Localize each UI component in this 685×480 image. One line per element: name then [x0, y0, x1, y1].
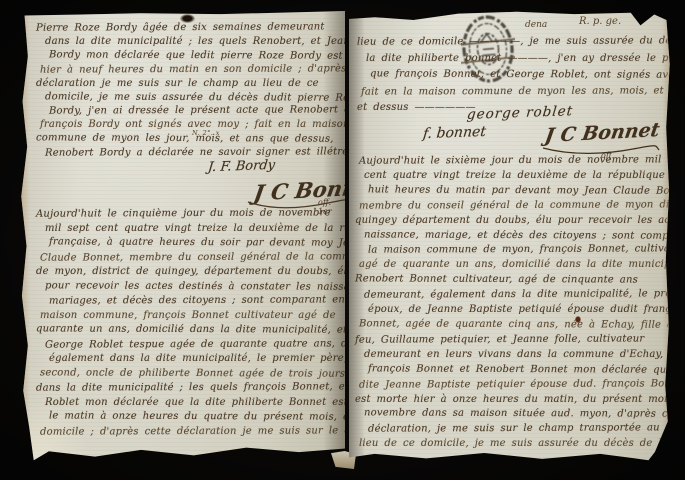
manuscript-line: lieu de ce domicile —————, je me suis as…: [355, 33, 671, 51]
manuscript-line: Bordy mon déclarée que ledit pierre Roze…: [34, 48, 344, 63]
manuscript-line: fait en la maison commune de myon les an…: [355, 83, 671, 101]
manuscript-line: lieu de ce domicile, je me suis assurée …: [353, 437, 671, 452]
signature-george-roblet: george roblet: [466, 103, 574, 123]
manuscript-line: Bordy, j'en ai dressée le présent acte q…: [34, 104, 344, 119]
manuscript-line: mil sept cent quatre vingt treize la deu…: [34, 222, 344, 237]
manuscript-line: également dans la dite municipalité, le …: [34, 352, 344, 367]
manuscript-line: Aujourd'huit le sixième jour du mois de …: [353, 153, 671, 169]
manuscript-line: Roblet mon déclarée que la dite philiber…: [34, 396, 344, 411]
manuscript-line: déclaration je me suis sur le champ au l…: [34, 77, 344, 91]
margin-annotation: dena: [525, 20, 547, 30]
manuscript-line: huit heures du matin par devant moy Jean…: [353, 183, 671, 199]
manuscript-line: demeurant, également dans la dite munici…: [353, 287, 671, 303]
manuscript-line: dans la dite municipalité ; les quels Re…: [34, 35, 344, 49]
interline-note: N. 2°. x: [192, 129, 220, 137]
manuscript-line: française, à quatre heures du soir par d…: [34, 235, 344, 251]
manuscript-line: la dite philiberte bonnet ————, j'en ay …: [355, 51, 671, 68]
right-page: dena R. p. ge. lieu de ce domicile —————…: [349, 10, 671, 462]
manuscript-line: mariages, et décès des citoyens ; sont c…: [34, 293, 344, 309]
right-paragraph-2: Aujourd'huit le sixième jour du mois de …: [353, 154, 671, 452]
manuscript-line: la maison commune de myon, françois Bonn…: [353, 243, 671, 259]
manuscript-line: hier à neuf heures du matin en son domic…: [34, 62, 344, 77]
manuscript-line: membre du conseil général de la commune …: [353, 198, 671, 214]
left-page: Pierre Roze Bordy âgée de six semaines d…: [16, 11, 345, 463]
manuscript-line: Bonnet, agée de quarante cinq ans, née à…: [353, 317, 671, 333]
manuscript-line: Aujourd'huit le cinquième jour du mois d…: [34, 206, 344, 222]
left-paragraph-1: Pierre Roze Bordy âgée de six semaines d…: [34, 21, 344, 160]
signature-f-bonnet: f. bonnet: [422, 124, 487, 142]
manuscript-line: déclaration, je me suis sur le champ tra…: [353, 422, 671, 438]
manuscript-line: Renobert Bordy a déclarée ne savoir sign…: [34, 145, 344, 160]
manuscript-line: le matin à onze heures du quatre du prés…: [34, 409, 344, 425]
manuscript-line: cent quatre vingt treize la deuxième de …: [353, 169, 671, 184]
manuscript-line: que françois Bonnet, et George Roblet, o…: [355, 66, 671, 84]
manuscript-line: second, oncle de philiberte Bonnet agée …: [34, 366, 344, 382]
manuscript-line: dite Jeanne Baptiste petiquier épouse du…: [353, 377, 671, 393]
manuscript-line: George Roblet tespue agée de quarante qu…: [34, 337, 344, 353]
manuscript-line: Renobert Bonnet cultivateur, agé de cinq…: [353, 273, 671, 289]
manuscript-line: quarante un ans, domicilié dans la dite …: [34, 322, 344, 338]
manuscript-line: époux, de Jeanne Baptiste petiquié épous…: [353, 303, 671, 318]
scanned-register-spread: Pierre Roze Bordy âgée de six semaines d…: [0, 0, 685, 480]
signature-jf-bordy: J. F. Bordy: [207, 158, 276, 175]
manuscript-line: Claude Bonnet, membre du conseil général…: [34, 250, 344, 266]
manuscript-line: françois Bonnet et Renobert Bonnet mon d…: [353, 362, 671, 378]
left-paragraph-2: Aujourd'huit le cinquième jour du mois d…: [34, 207, 344, 439]
manuscript-line: quingey département du doubs, élu pour r…: [353, 214, 671, 229]
officer-title-left: off. 1er: [318, 198, 345, 216]
manuscript-line: maison commune, françois Bonnet cultivat…: [34, 309, 344, 324]
manuscript-line: pour recevoir les actes destinés à const…: [34, 279, 344, 295]
manuscript-line: de myon, district de quingey, départemen…: [34, 265, 344, 280]
manuscript-line: feu, Guillaume petiquier, et Jeanne foll…: [353, 332, 671, 348]
manuscript-line: françois Bordy ont signés avec moy ; fai…: [34, 118, 344, 132]
manuscript-line: Pierre Roze Bordy âgée de six semaines d…: [34, 20, 344, 35]
manuscript-line: agé de quarante un ans, domicilié dans l…: [353, 258, 671, 273]
manuscript-line: dans la dite municipalité ; les quels fr…: [34, 380, 344, 396]
manuscript-line: demeurant en leurs vivans dans la commun…: [353, 348, 671, 363]
manuscript-line: domicile ; d'après cette déclaration je …: [34, 424, 344, 440]
page-reference-annotation: R. p. ge.: [579, 16, 621, 27]
manuscript-line: est morte hier à onze heures du matin, d…: [353, 393, 671, 408]
